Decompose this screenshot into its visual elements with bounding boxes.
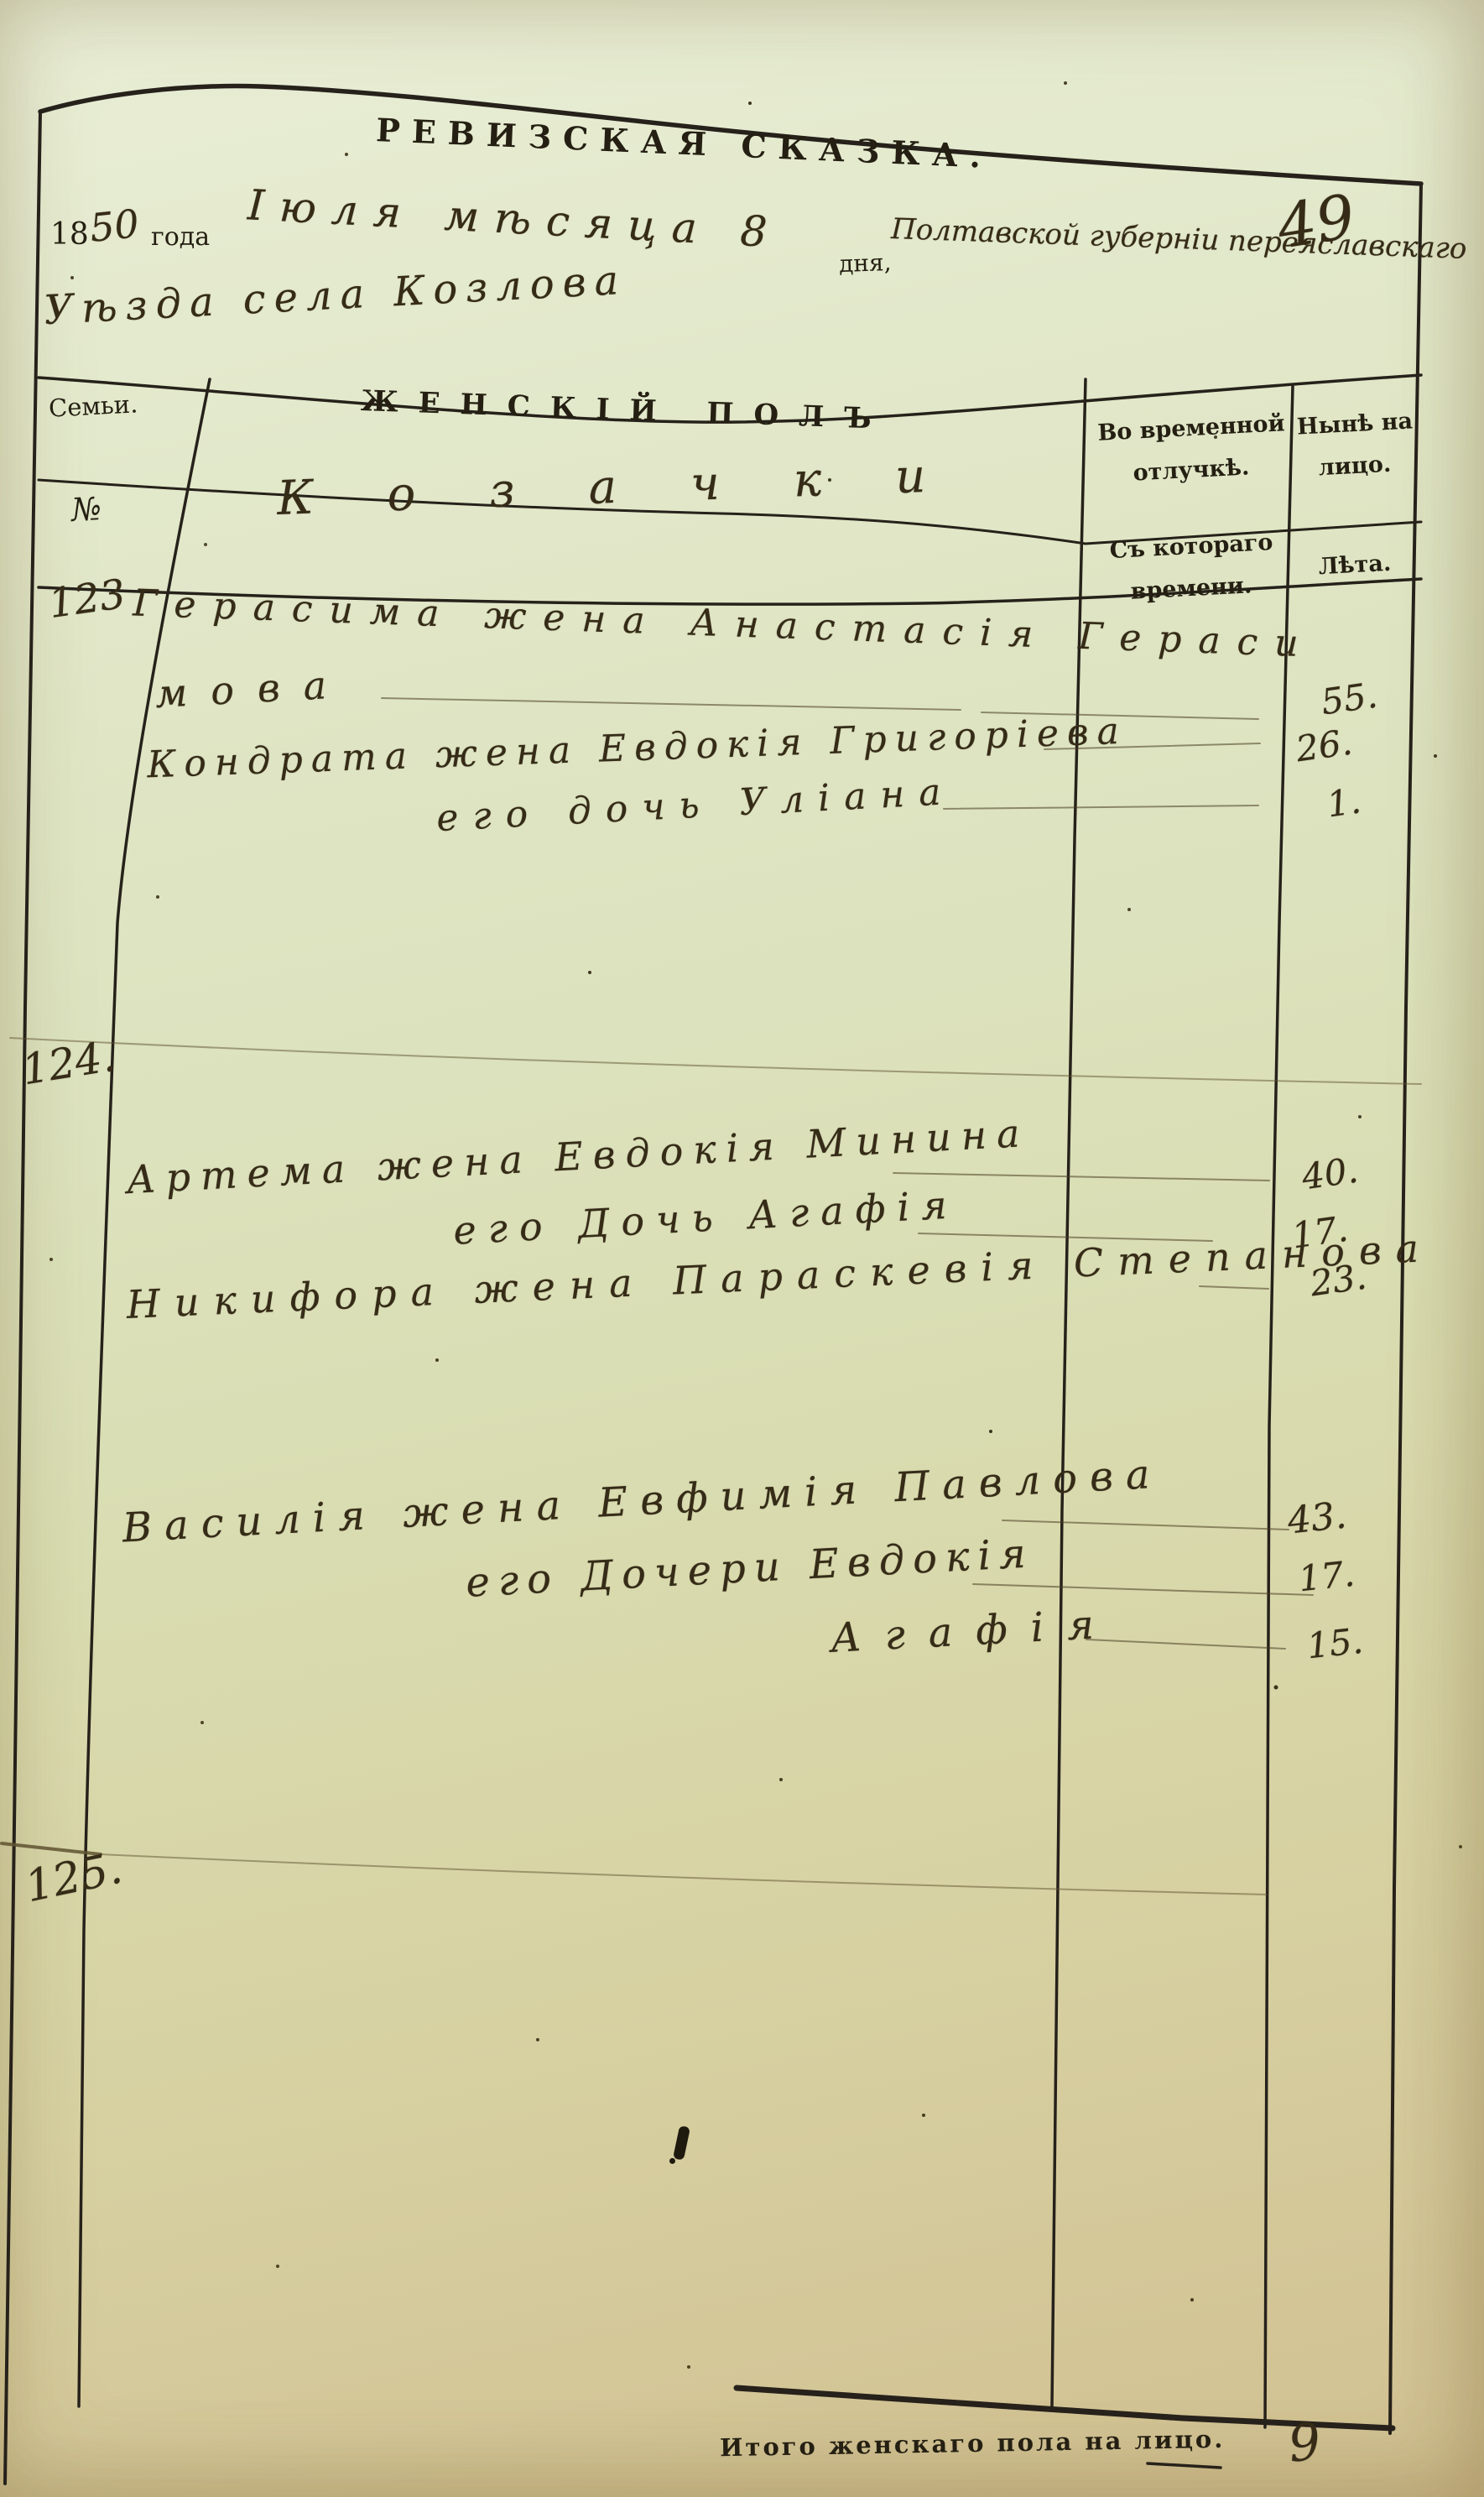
header-present-line1: Нынѣ на: [1295, 409, 1414, 438]
preamble-year-label: года: [151, 225, 210, 250]
ink-blot-dot: [669, 2158, 675, 2164]
header-family-col: Семьи.: [48, 392, 138, 421]
age-value: 26.: [1294, 725, 1354, 768]
preamble-century: 18: [50, 220, 89, 250]
preamble-year-handwritten: 50: [88, 204, 141, 248]
family-number: 123: [46, 574, 128, 624]
preamble-day-label: дня,: [839, 251, 892, 276]
header-family-no: №: [70, 493, 102, 526]
entry-row: мова: [154, 665, 351, 713]
age-value: 17.: [1297, 1556, 1356, 1598]
scanned-census-page: { "page": { "number": "49" }, "title": "…: [0, 0, 1484, 2497]
age-value: 40.: [1299, 1153, 1360, 1196]
age-value: 23.: [1308, 1259, 1368, 1302]
age-value: 1.: [1325, 783, 1363, 822]
summary-total: 9: [1286, 2416, 1323, 2470]
age-value: 55.: [1319, 678, 1379, 721]
age-value: 15.: [1305, 1624, 1365, 1665]
age-value: 43.: [1286, 1497, 1348, 1540]
